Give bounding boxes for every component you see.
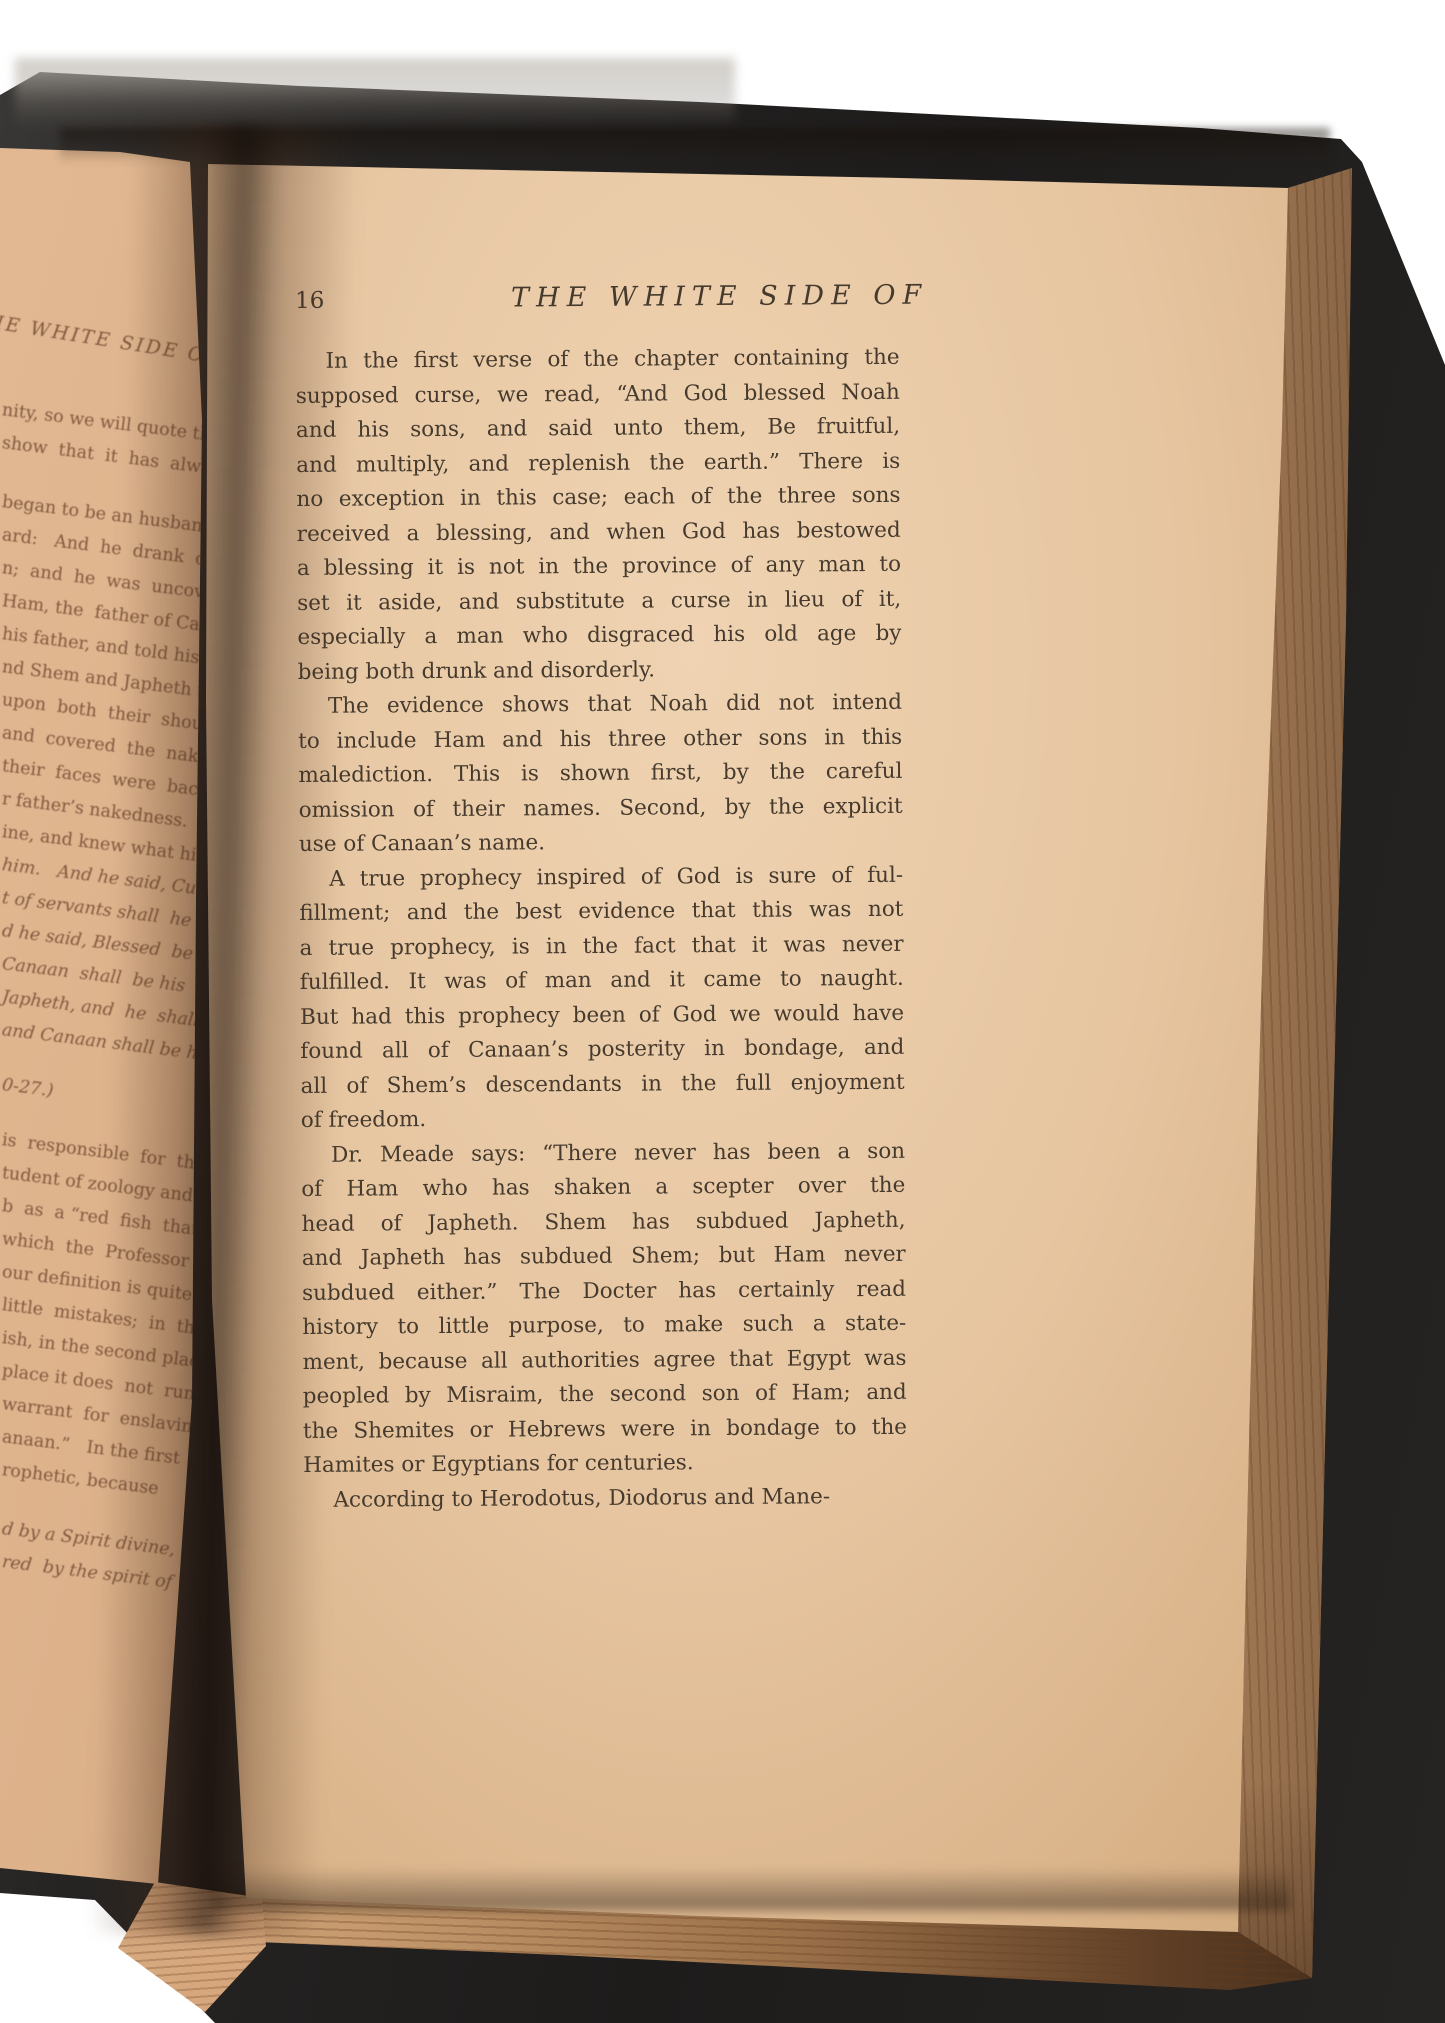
text-line: A true prophecy inspired of God is sure … [299,858,903,897]
text-line: peopled by Misraim, the second son of Ha… [303,1376,907,1415]
text-line: and Japheth has subdued Shem; but Ham ne… [302,1238,906,1277]
text-line: Dr. Meade says: “There never has been a … [301,1134,905,1173]
text-line: especially a man who disgraced his old a… [297,617,901,656]
text-line: fulfilled. It was of man and it came to … [300,962,904,1001]
text-line: of Ham who has shaken a scepter over the [301,1169,905,1208]
text-line: all of Shem’s descendants in the full en… [300,1065,904,1104]
text-line: a true prophecy, is in the fact that it … [300,927,904,966]
top-edge-shadow [60,128,1330,164]
text-line: head of Japheth. Shem has subdued Japhet… [301,1203,905,1242]
text-line: In the first verse of the chapter contai… [295,341,899,380]
text-line: to include Ham and his three other sons … [298,720,902,759]
text-line: But had this prophecy been of God we wou… [300,996,904,1035]
text-line: and multiply, and replenish the earth.” … [296,444,900,483]
text-line: fillment; and the best evidence that thi… [299,893,903,932]
text-line: and his sons, and said unto them, Be fru… [296,410,900,449]
text-line: Hamites or Egyptians for centuries. [303,1445,907,1484]
running-title: THE WHITE SIDE OF [511,281,911,314]
text-line: the Shemites or Hebrews were in bondage … [303,1410,907,1449]
text-line: being both drunk and disorderly. [298,651,902,690]
page-body: In the first verse of the chapter contai… [295,341,907,1518]
text-line: ment, because all authorities agree that… [302,1341,906,1380]
text-line: received a blessing, and when God has be… [297,513,901,552]
text-line: supposed curse, we read, “And God blesse… [296,375,900,414]
text-line: use of Canaan’s name. [299,824,903,863]
gutter-shadow [89,123,360,1938]
text-line: no exception in this case; each of the t… [296,479,900,518]
text-line: According to Herodotus, Diodorus and Man… [303,1479,907,1518]
text-line: of freedom. [301,1100,905,1139]
text-line: found all of Canaan’s posterity in bonda… [300,1031,904,1070]
text-line: history to little purpose, to make such … [302,1307,906,1346]
page-header: 16 THE WHITE SIDE OF [295,281,899,315]
book-spine-highlight [15,58,735,128]
text-line: set it aside, and substitute a curse in … [297,582,901,621]
open-book-photo: THE WHITE SIDE OF nity, so we will quote… [0,0,1445,2023]
text-line: The evidence shows that Noah did not int… [298,686,902,725]
text-line: omission of their names. Second, by the … [299,789,903,828]
right-page-text: 16 THE WHITE SIDE OF In the first verse … [295,281,908,1518]
text-line: a blessing it is not in the province of … [297,548,901,587]
bottom-edge-shadow [210,1868,1290,1910]
text-line: malediction. This is shown first, by the… [298,755,902,794]
text-line: subdued either.” The Docter has certainl… [302,1272,906,1311]
